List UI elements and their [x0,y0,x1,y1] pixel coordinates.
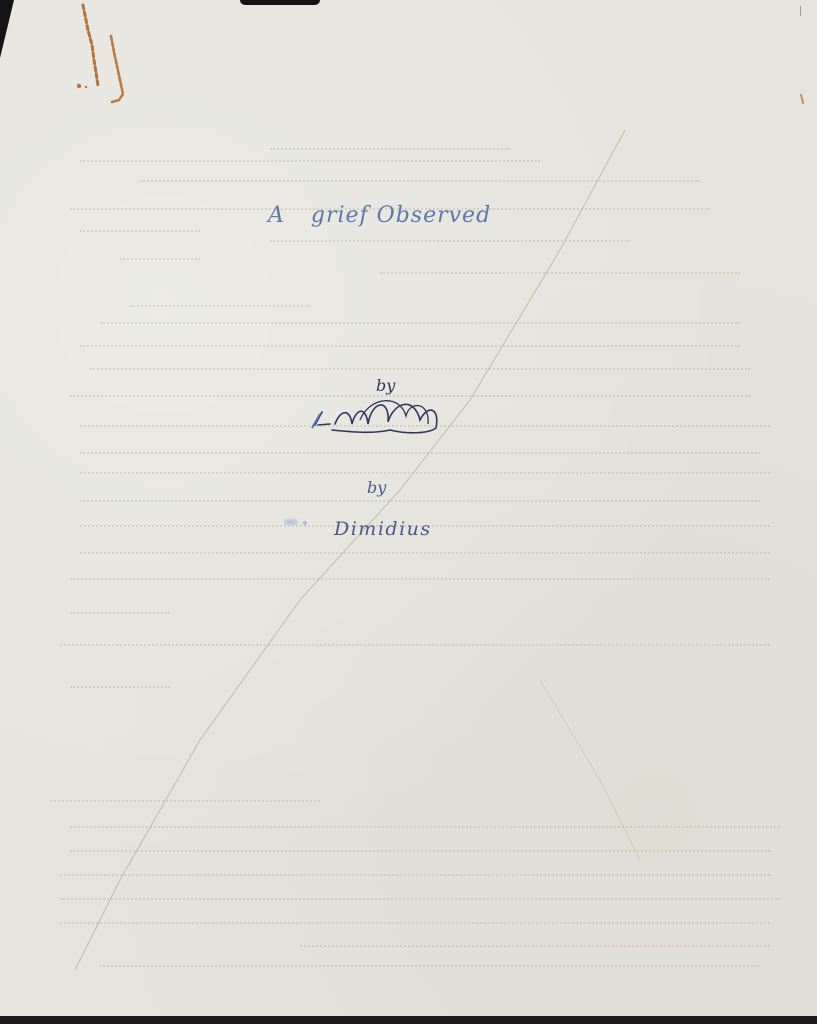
paper-crease-line [0,0,817,1016]
ink-dot [303,521,307,525]
manuscript-title: Agrief Observed [268,203,491,228]
manuscript-page: Agrief Observed by by Dimidius [0,0,817,1016]
pencil-mark [800,6,801,16]
title-words: grief Observed [311,203,491,228]
scan-edge-bottom [0,1016,817,1024]
scribbled-out-name [310,390,450,440]
title-article: A [268,203,285,228]
ink-blot [284,519,298,525]
byline: by [367,478,386,497]
rust-stain [70,0,140,110]
author-name: Dimidius [334,518,432,540]
